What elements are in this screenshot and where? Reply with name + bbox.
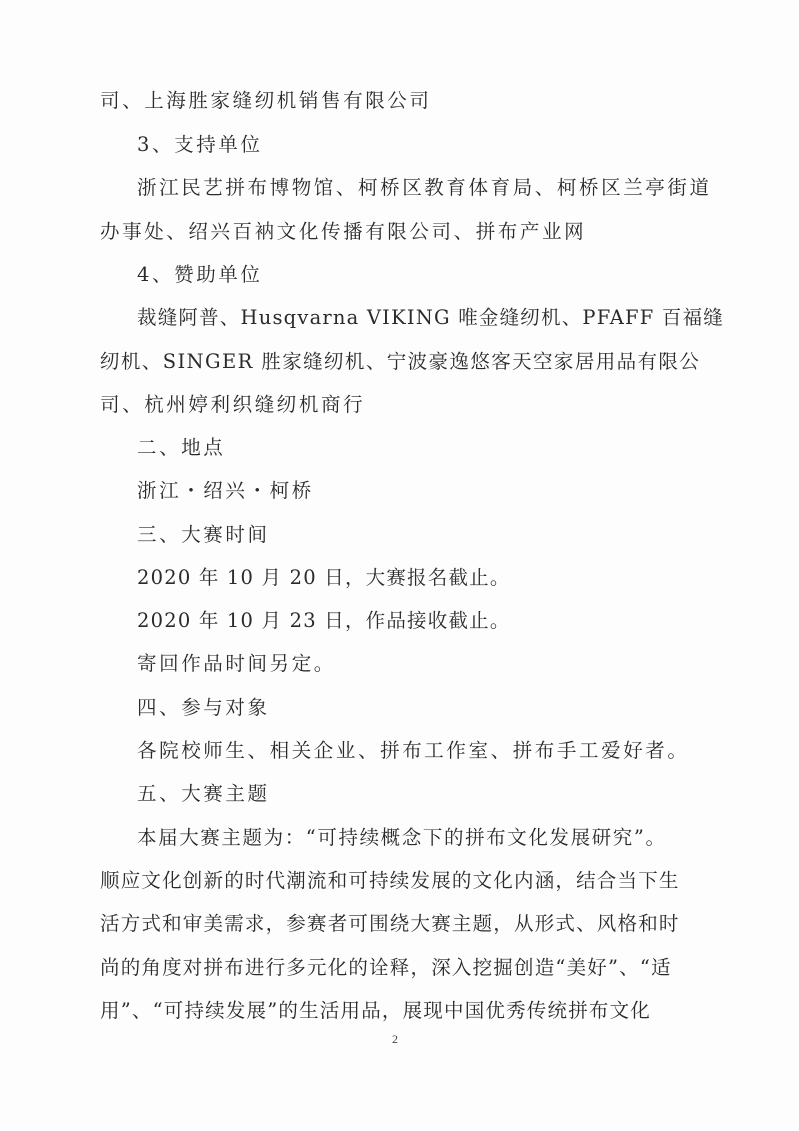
text-line: 2020 年 10 月 20 日，大赛报名截止。 (137, 566, 697, 590)
section-heading: 3、支持单位 (137, 133, 697, 157)
text-line: 2020 年 10 月 23 日，作品接收截止。 (137, 609, 697, 633)
text-line: 顺应文化创新的时代潮流和可持续发展的文化内涵，结合当下生 (100, 869, 660, 893)
text-line: 纫机、SINGER 胜家缝纫机、宁波豪逸悠客天空家居用品有限公 (100, 350, 660, 374)
text-line: 各院校师生、相关企业、拼布工作室、拼布手工爱好者。 (137, 739, 697, 763)
text-line: 办事处、绍兴百衲文化传播有限公司、拼布产业网 (100, 220, 660, 244)
section-heading: 四、参与对象 (137, 696, 697, 720)
document-page: 司、上海胜家缝纫机销售有限公司 3、支持单位 浙江民艺拼布博物馆、柯桥区教育体育… (0, 0, 799, 1131)
text-line: 浙江・绍兴・柯桥 (137, 479, 697, 503)
text-line: 本届大赛主题为：“可持续概念下的拼布文化发展研究”。 (137, 826, 697, 850)
section-heading: 三、大赛时间 (137, 523, 697, 547)
text-line: 司、上海胜家缝纫机销售有限公司 (100, 89, 660, 113)
text-line: 活方式和审美需求，参赛者可围绕大赛主题，从形式、风格和时 (100, 912, 660, 936)
section-heading: 二、地点 (137, 436, 697, 460)
section-heading: 五、大赛主题 (137, 782, 697, 806)
text-line: 用”、“可持续发展”的生活用品，展现中国优秀传统拼布文化 (100, 999, 660, 1023)
section-heading: 4、赞助单位 (137, 263, 697, 287)
text-line: 浙江民艺拼布博物馆、柯桥区教育体育局、柯桥区兰亭街道 (137, 176, 697, 200)
page-number: 2 (392, 1032, 398, 1047)
text-line: 尚的角度对拼布进行多元化的诠释，深入挖掘创造“美好”、“适 (100, 956, 660, 980)
text-line: 司、杭州婷利织缝纫机商行 (100, 393, 660, 417)
text-line: 寄回作品时间另定。 (137, 652, 697, 676)
text-line: 裁缝阿普、Husqvarna VIKING 唯金缝纫机、PFAFF 百福缝 (137, 306, 697, 330)
